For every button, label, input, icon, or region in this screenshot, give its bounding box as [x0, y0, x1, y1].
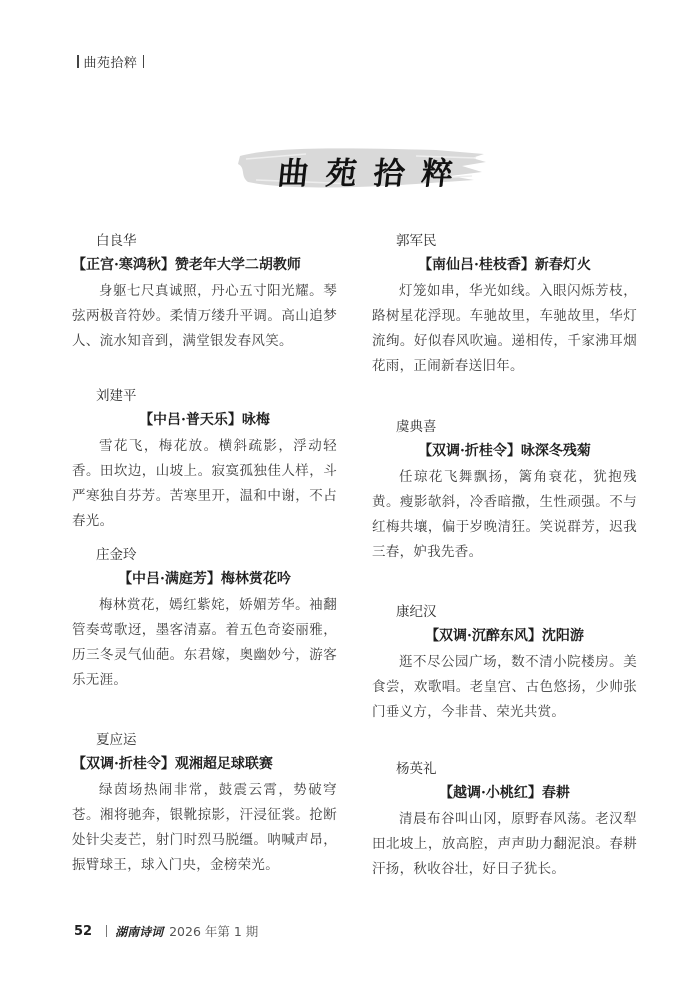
poem-title: 【越调·小桃红】春耕	[372, 779, 637, 807]
poem-author: 刘建平	[72, 386, 337, 406]
poem-title: 【正宫·寒鸿秋】赞老年大学二胡教师	[72, 251, 337, 279]
poem-body: 雪花飞，梅花放。横斜疏影，浮动轻香。田坎边，山坡上。寂寞孤独佳人样，斗严寒独自芬…	[72, 434, 337, 534]
poem-body: 任琼花飞舞飘扬，篱角衰花，犹抱残黄。瘦影欹斜，冷香暗撒，生性顽强。不与红梅共壤，…	[372, 465, 637, 565]
poem-author: 郭军民	[372, 231, 637, 251]
poem: 康纪汉 【双调·沉醉东风】沈阳游 逛不尽公园广场，数不清小院楼房。美食尝，欢歌唱…	[372, 602, 637, 725]
poem-body: 梅林赏花，嫣红紫姹，娇媚芳华。袖翻管奏莺歌迓，墨客清嘉。着五色奇姿丽雅，历三冬灵…	[72, 593, 337, 693]
poem-author: 虞典喜	[372, 417, 637, 437]
poem-title: 【南仙吕·桂枝香】新春灯火	[372, 251, 637, 279]
poem-title: 【双调·沉醉东风】沈阳游	[372, 622, 637, 650]
running-head: 曲苑拾粹	[72, 52, 149, 71]
divider	[77, 55, 79, 68]
divider	[143, 55, 145, 68]
poem: 郭军民 【南仙吕·桂枝香】新春灯火 灯笼如串，华光如线。入眼闪烁芳枝，路树星花浮…	[372, 231, 637, 379]
poem: 杨英礼 【越调·小桃红】春耕 清晨布谷叫山冈，原野春风荡。老汉犁田北坡上，放高腔…	[372, 759, 637, 882]
poem-author: 庄金玲	[72, 545, 337, 565]
poem-author: 康纪汉	[372, 602, 637, 622]
divider	[106, 925, 107, 937]
poem-body: 清晨布谷叫山冈，原野春风荡。老汉犁田北坡上，放高腔，声声助力翻泥浪。春耕汗扬，秋…	[372, 807, 637, 882]
issue-label: 2026 年第 1 期	[169, 922, 258, 940]
poem-author: 白良华	[72, 231, 337, 251]
poem-title: 【中吕·满庭芳】梅林赏花吟	[72, 565, 337, 593]
poem-title: 【双调·折桂令】咏深冬残菊	[372, 437, 637, 465]
poem-author: 夏应运	[72, 730, 337, 750]
poem-author: 杨英礼	[372, 759, 637, 779]
poem: 刘建平 【中吕·普天乐】咏梅 雪花飞，梅花放。横斜疏影，浮动轻香。田坎边，山坡上…	[72, 386, 337, 534]
poem-body: 灯笼如串，华光如线。入眼闪烁芳枝，路树星花浮现。车驰故里，车驰故里，华灯流绚。好…	[372, 279, 637, 379]
poem: 虞典喜 【双调·折桂令】咏深冬残菊 任琼花飞舞飘扬，篱角衰花，犹抱残黄。瘦影欹斜…	[372, 417, 637, 565]
poem: 夏应运 【双调·折桂令】观湘超足球联赛 绿茵场热闹非常，鼓震云霄，势破穹苍。湘将…	[72, 730, 337, 878]
poem: 白良华 【正宫·寒鸿秋】赞老年大学二胡教师 身躯七尺真诚照，丹心五寸阳光耀。琴弦…	[72, 231, 337, 354]
poem-title: 【双调·折桂令】观湘超足球联赛	[72, 750, 337, 778]
page-number: 52	[74, 924, 92, 939]
magazine-logo: 湖南诗词	[115, 923, 163, 940]
page-footer: 52 湖南诗词 2026 年第 1 期	[74, 922, 258, 940]
poem: 庄金玲 【中吕·满庭芳】梅林赏花吟 梅林赏花，嫣红紫姹，娇媚芳华。袖翻管奏莺歌迓…	[72, 545, 337, 693]
section-label: 曲苑拾粹	[84, 56, 138, 71]
poem-title: 【中吕·普天乐】咏梅	[72, 406, 337, 434]
poem-body: 绿茵场热闹非常，鼓震云霄，势破穹苍。湘将驰奔，银靴掠影，汗浸征裳。抢断处针尖麦芒…	[72, 778, 337, 878]
banner-title: 曲苑拾粹	[276, 148, 473, 193]
section-banner: 曲苑拾粹	[236, 142, 486, 192]
poem-body: 身躯七尺真诚照，丹心五寸阳光耀。琴弦两极音符妙。柔情万缕升平调。高山追梦人、流水…	[72, 279, 337, 354]
poem-body: 逛不尽公园广场，数不清小院楼房。美食尝，欢歌唱。老皇宫、古色悠扬，少帅张门垂义方…	[372, 650, 637, 725]
